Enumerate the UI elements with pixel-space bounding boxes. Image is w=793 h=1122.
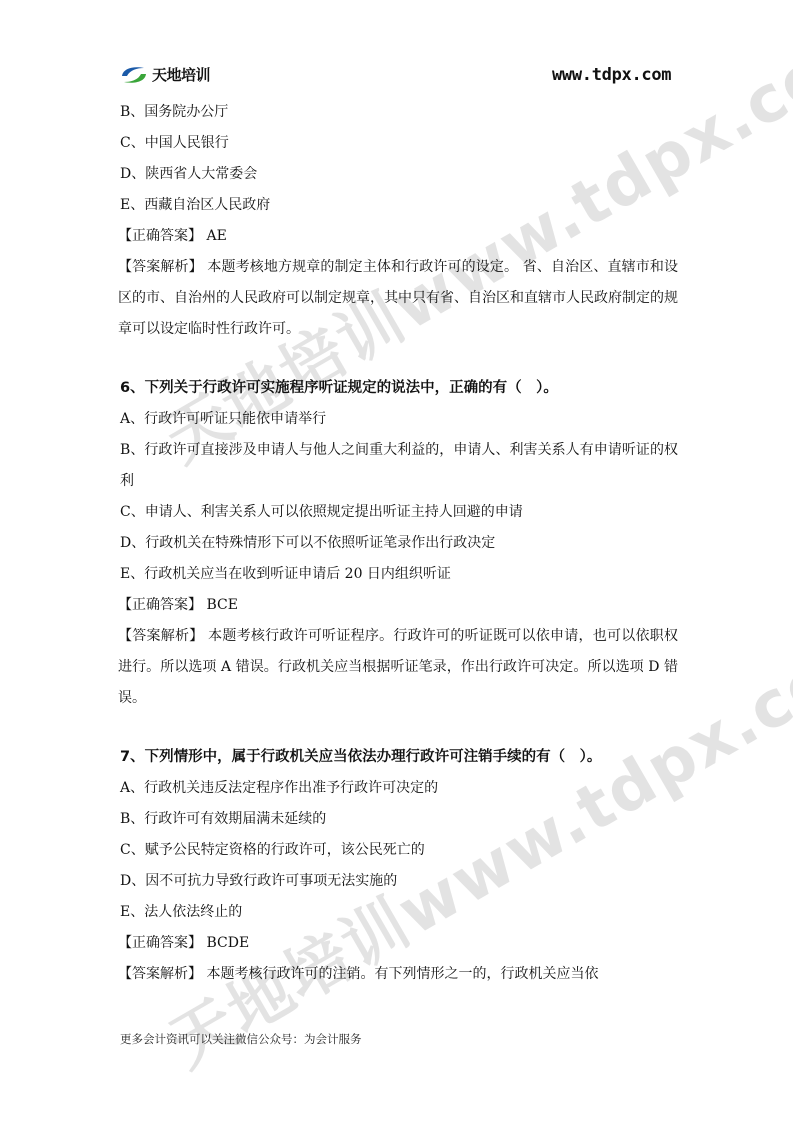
correct-answer-label: 【正确答案】 [118, 935, 202, 951]
answer-analysis: 【答案解析】 本题考核行政许可听证程序。行政许可的听证既可以依申请，也可以依职权… [118, 621, 678, 714]
page-footer: 更多会计资讯可以关注微信公众号：为会计服务 [120, 1031, 362, 1047]
correct-answer-value: AE [206, 228, 226, 244]
analysis-text: 本题考核行政许可的注销。有下列情形之一的，行政机关应当依 [206, 966, 598, 982]
swoosh-logo-icon [120, 65, 148, 85]
analysis-label: 【答案解析】 [118, 259, 203, 275]
option-e: E、法人依法终止的 [120, 897, 678, 928]
brand-name: 天地培训 [152, 64, 210, 85]
correct-answer-label: 【正确答案】 [118, 228, 202, 244]
correct-answer-label: 【正确答案】 [118, 597, 202, 613]
option-d: D、因不可抗力导致行政许可事项无法实施的 [120, 866, 678, 897]
answer-analysis: 【答案解析】 本题考核地方规章的制定主体和行政许可的设定。 省、自治区、直辖市和… [118, 252, 678, 345]
document-body: B、国务院办公厅 C、中国人民银行 D、陕西省人大常委会 E、西藏自治区人民政府… [120, 97, 678, 990]
analysis-label: 【答案解析】 [118, 966, 202, 982]
question-title: 6、下列关于行政许可实施程序听证规定的说法中，正确的有（ ）。 [120, 373, 678, 404]
page-header: 天地培训 www.tdpx.com [0, 0, 793, 95]
correct-answer: 【正确答案】 BCDE [118, 928, 678, 959]
correct-answer: 【正确答案】 BCE [118, 590, 678, 621]
option-d: D、陕西省人大常委会 [120, 159, 678, 190]
option-c: C、赋予公民特定资格的行政许可，该公民死亡的 [120, 835, 678, 866]
question-5-continued: B、国务院办公厅 C、中国人民银行 D、陕西省人大常委会 E、西藏自治区人民政府… [120, 97, 678, 345]
option-b: B、国务院办公厅 [120, 97, 678, 128]
analysis-label: 【答案解析】 [118, 628, 203, 644]
option-e: E、行政机关应当在收到听证申请后 20 日内组织听证 [120, 559, 678, 590]
brand-logo: 天地培训 [120, 64, 210, 85]
correct-answer-value: BCDE [206, 935, 249, 951]
option-e: E、西藏自治区人民政府 [120, 190, 678, 221]
option-d: D、行政机关在特殊情形下可以不依照听证笔录作出行政决定 [120, 528, 678, 559]
question-title: 7、下列情形中，属于行政机关应当依法办理行政许可注销手续的有（ ）。 [120, 742, 678, 773]
correct-answer-value: BCE [206, 597, 237, 613]
question-7: 7、下列情形中，属于行政机关应当依法办理行政许可注销手续的有（ ）。 A、行政机… [120, 742, 678, 990]
option-a: A、行政许可听证只能依申请举行 [120, 404, 678, 435]
option-b: B、行政许可直接涉及申请人与他人之间重大利益的，申请人、利害关系人有申请听证的权… [120, 435, 678, 497]
option-b: B、行政许可有效期届满未延续的 [120, 804, 678, 835]
option-a: A、行政机关违反法定程序作出准予行政许可决定的 [120, 773, 678, 804]
correct-answer: 【正确答案】 AE [118, 221, 678, 252]
question-6: 6、下列关于行政许可实施程序听证规定的说法中，正确的有（ ）。 A、行政许可听证… [120, 373, 678, 714]
option-c: C、中国人民银行 [120, 128, 678, 159]
answer-analysis: 【答案解析】 本题考核行政许可的注销。有下列情形之一的，行政机关应当依 [118, 959, 678, 990]
site-url: www.tdpx.com [552, 65, 671, 85]
option-c: C、申请人、利害关系人可以依照规定提出听证主持人回避的申请 [120, 497, 678, 528]
